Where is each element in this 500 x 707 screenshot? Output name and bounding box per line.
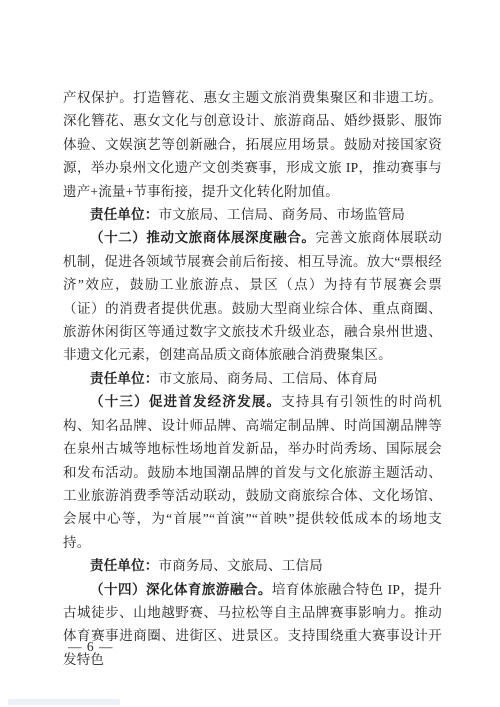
section-heading: （十四）深化体育旅游融合。 <box>90 582 272 597</box>
section-paragraph-12: （十二）推动文旅商体展深度融合。完善文旅商体展联动机制，促进各领域节展赛会前后衔… <box>63 226 442 366</box>
responsibility-units: 市文旅局、工信局、商务局、市场监管局 <box>159 207 406 222</box>
responsibility-line-3: 责任单位：市商务局、文旅局、工信局 <box>63 554 442 577</box>
section-body: 完善文旅商体展联动机制，促进各领域节展赛会前后衔接、相互导流。放大“票根经济”效… <box>63 230 442 362</box>
document-page: 产权保护。打造簪花、惠女主题文旅消费集聚区和非遗工坊。深化簪花、惠女文化与创意设… <box>0 0 500 707</box>
responsibility-line-2: 责任单位：市文旅局、商务局、工信局、体育局 <box>63 367 442 390</box>
responsibility-units: 市文旅局、商务局、工信局、体育局 <box>159 371 378 386</box>
responsibility-line-1: 责任单位：市文旅局、工信局、商务局、市场监管局 <box>63 203 442 226</box>
responsibility-label: 责任单位： <box>90 207 159 222</box>
responsibility-label: 责任单位： <box>90 371 159 386</box>
scan-artifact <box>8 699 120 705</box>
section-paragraph-13: （十三）促进首发经济发展。支持具有引领性的时尚机构、知名品牌、设计师品牌、高端定… <box>63 390 442 554</box>
section-heading: （十三）促进首发经济发展。 <box>90 394 281 409</box>
responsibility-units: 市商务局、文旅局、工信局 <box>159 558 323 573</box>
section-heading: （十二）推动文旅商体展深度融合。 <box>90 230 316 245</box>
document-body: 产权保护。打造簪花、惠女主题文旅消费集聚区和非遗工坊。深化簪花、惠女文化与创意设… <box>63 86 442 671</box>
section-body: 支持具有引领性的时尚机构、知名品牌、设计师品牌、高端定制品牌、时尚国潮品牌等在泉… <box>63 394 442 549</box>
section-paragraph-14: （十四）深化体育旅游融合。培育体旅融合特色 IP，提升古城徒步、山地越野赛、马拉… <box>63 578 442 672</box>
paragraph-continuation: 产权保护。打造簪花、惠女主题文旅消费集聚区和非遗工坊。深化簪花、惠女文化与创意设… <box>63 86 442 203</box>
page-number: — 6 — <box>68 639 114 655</box>
responsibility-label: 责任单位： <box>90 558 159 573</box>
